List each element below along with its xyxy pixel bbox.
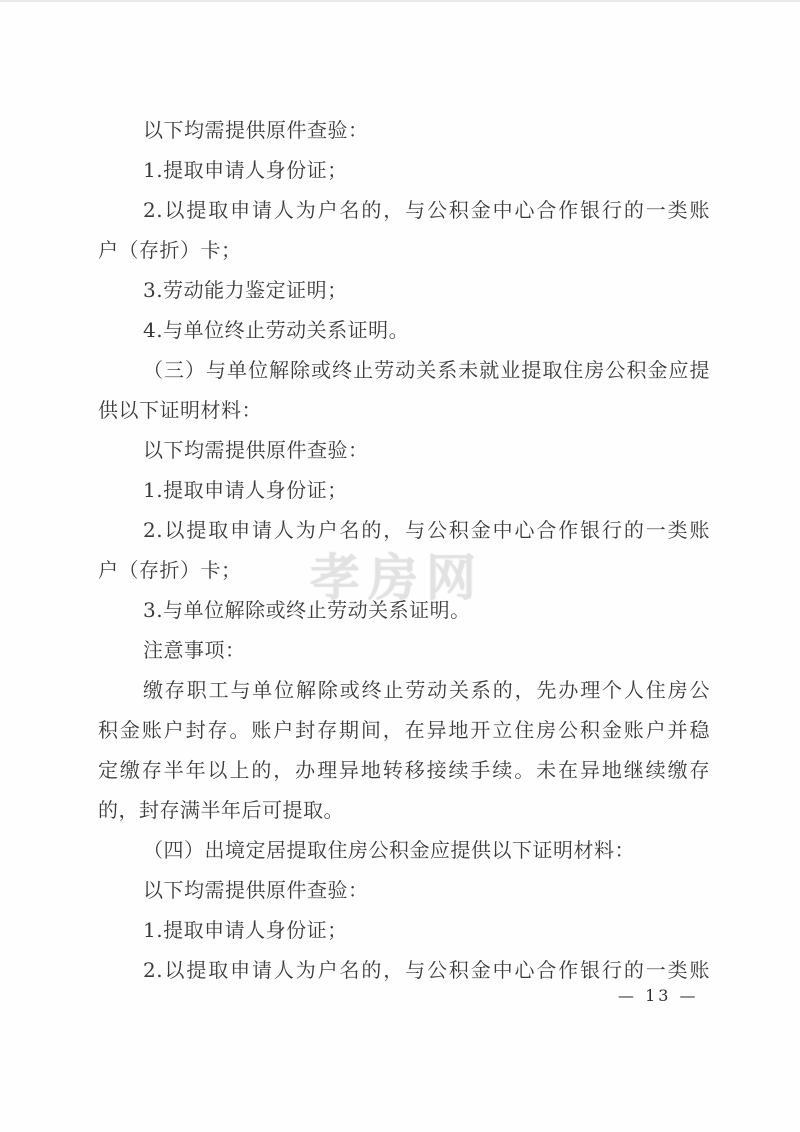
text-line: 注意事项：: [98, 630, 710, 670]
text-line: 1.提取申请人身份证；: [98, 470, 710, 510]
text-line: 以下均需提供原件查验：: [98, 870, 710, 910]
text-line: 以下均需提供原件查验：: [98, 430, 710, 470]
text-line: 2.以提取申请人为户名的，与公积金中心合作银行的一类账: [98, 510, 710, 550]
text-line: （三）与单位解除或终止劳动关系未就业提取住房公积金应提: [98, 350, 710, 390]
text-line: 2.以提取申请人为户名的，与公积金中心合作银行的一类账: [98, 190, 710, 230]
text-line: 缴存职工与单位解除或终止劳动关系的，先办理个人住房公: [98, 670, 710, 710]
text-line: 3.劳动能力鉴定证明；: [98, 270, 710, 310]
scan-edge-artifact: [0, 0, 800, 2]
text-line: 户（存折）卡；: [98, 550, 710, 590]
text-line: 积金账户封存。账户封存期间，在异地开立住房公积金账户并稳: [98, 710, 710, 750]
text-line: 户（存折）卡；: [98, 230, 710, 270]
text-line: 以下均需提供原件查验：: [98, 110, 710, 150]
text-line: 1.提取申请人身份证；: [98, 150, 710, 190]
text-line: 2.以提取申请人为户名的，与公积金中心合作银行的一类账: [98, 950, 710, 990]
text-line: 的，封存满半年后可提取。: [98, 790, 710, 830]
text-line: 供以下证明材料：: [98, 390, 710, 430]
document-body: 以下均需提供原件查验： 1.提取申请人身份证； 2.以提取申请人为户名的，与公积…: [98, 110, 710, 990]
text-line: 3.与单位解除或终止劳动关系证明。: [98, 590, 710, 630]
page-number: — 13 —: [618, 986, 699, 1005]
text-line: 定缴存半年以上的，办理异地转移接续手续。未在异地继续缴存: [98, 750, 710, 790]
text-line: （四）出境定居提取住房公积金应提供以下证明材料：: [98, 830, 710, 870]
text-line: 4.与单位终止劳动关系证明。: [98, 310, 710, 350]
document-page: 孝房网 以下均需提供原件查验： 1.提取申请人身份证； 2.以提取申请人为户名的…: [0, 0, 800, 1132]
text-line: 1.提取申请人身份证；: [98, 910, 710, 950]
